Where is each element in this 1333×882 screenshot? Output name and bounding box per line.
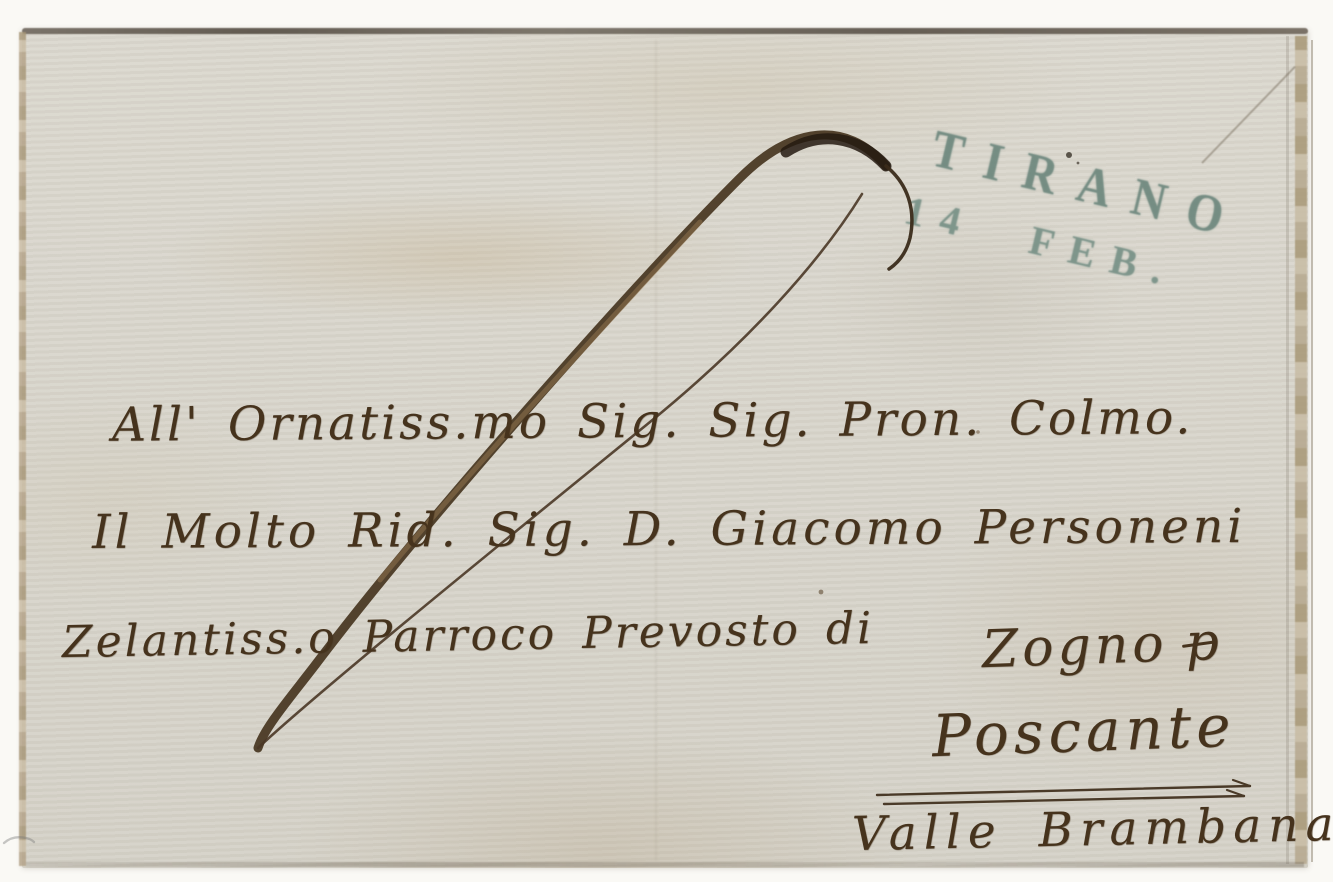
- pencil-mark: [2, 832, 36, 846]
- paper-right-outer-edge: [1311, 40, 1313, 862]
- letter-cover-photo: TIRANO 14 FEB. All' Ornatiss.mo Sig. Sig…: [0, 0, 1333, 882]
- via-town: Zogno: [981, 614, 1169, 680]
- paper-top-edge: [22, 28, 1308, 34]
- paper-bottom-edge: [26, 862, 1304, 867]
- address-line-1: All' Ornatiss.mo Sig. Sig. Pron. Colmo.: [112, 394, 1194, 449]
- per-abbreviation: p: [1185, 616, 1224, 669]
- address-line-2: Il Molto Rid. Sig. D. Giacomo Personeni: [92, 503, 1246, 556]
- paper-right-fold-shadow: [1286, 36, 1289, 864]
- paper-right-edge: [1295, 36, 1307, 864]
- address-region: Valle Brambana: [852, 801, 1333, 858]
- address-via: Zognop: [981, 616, 1223, 676]
- address-destination: Poscante: [931, 697, 1236, 766]
- paper-vertical-fold: [655, 40, 657, 860]
- paper-left-edge: [19, 32, 26, 866]
